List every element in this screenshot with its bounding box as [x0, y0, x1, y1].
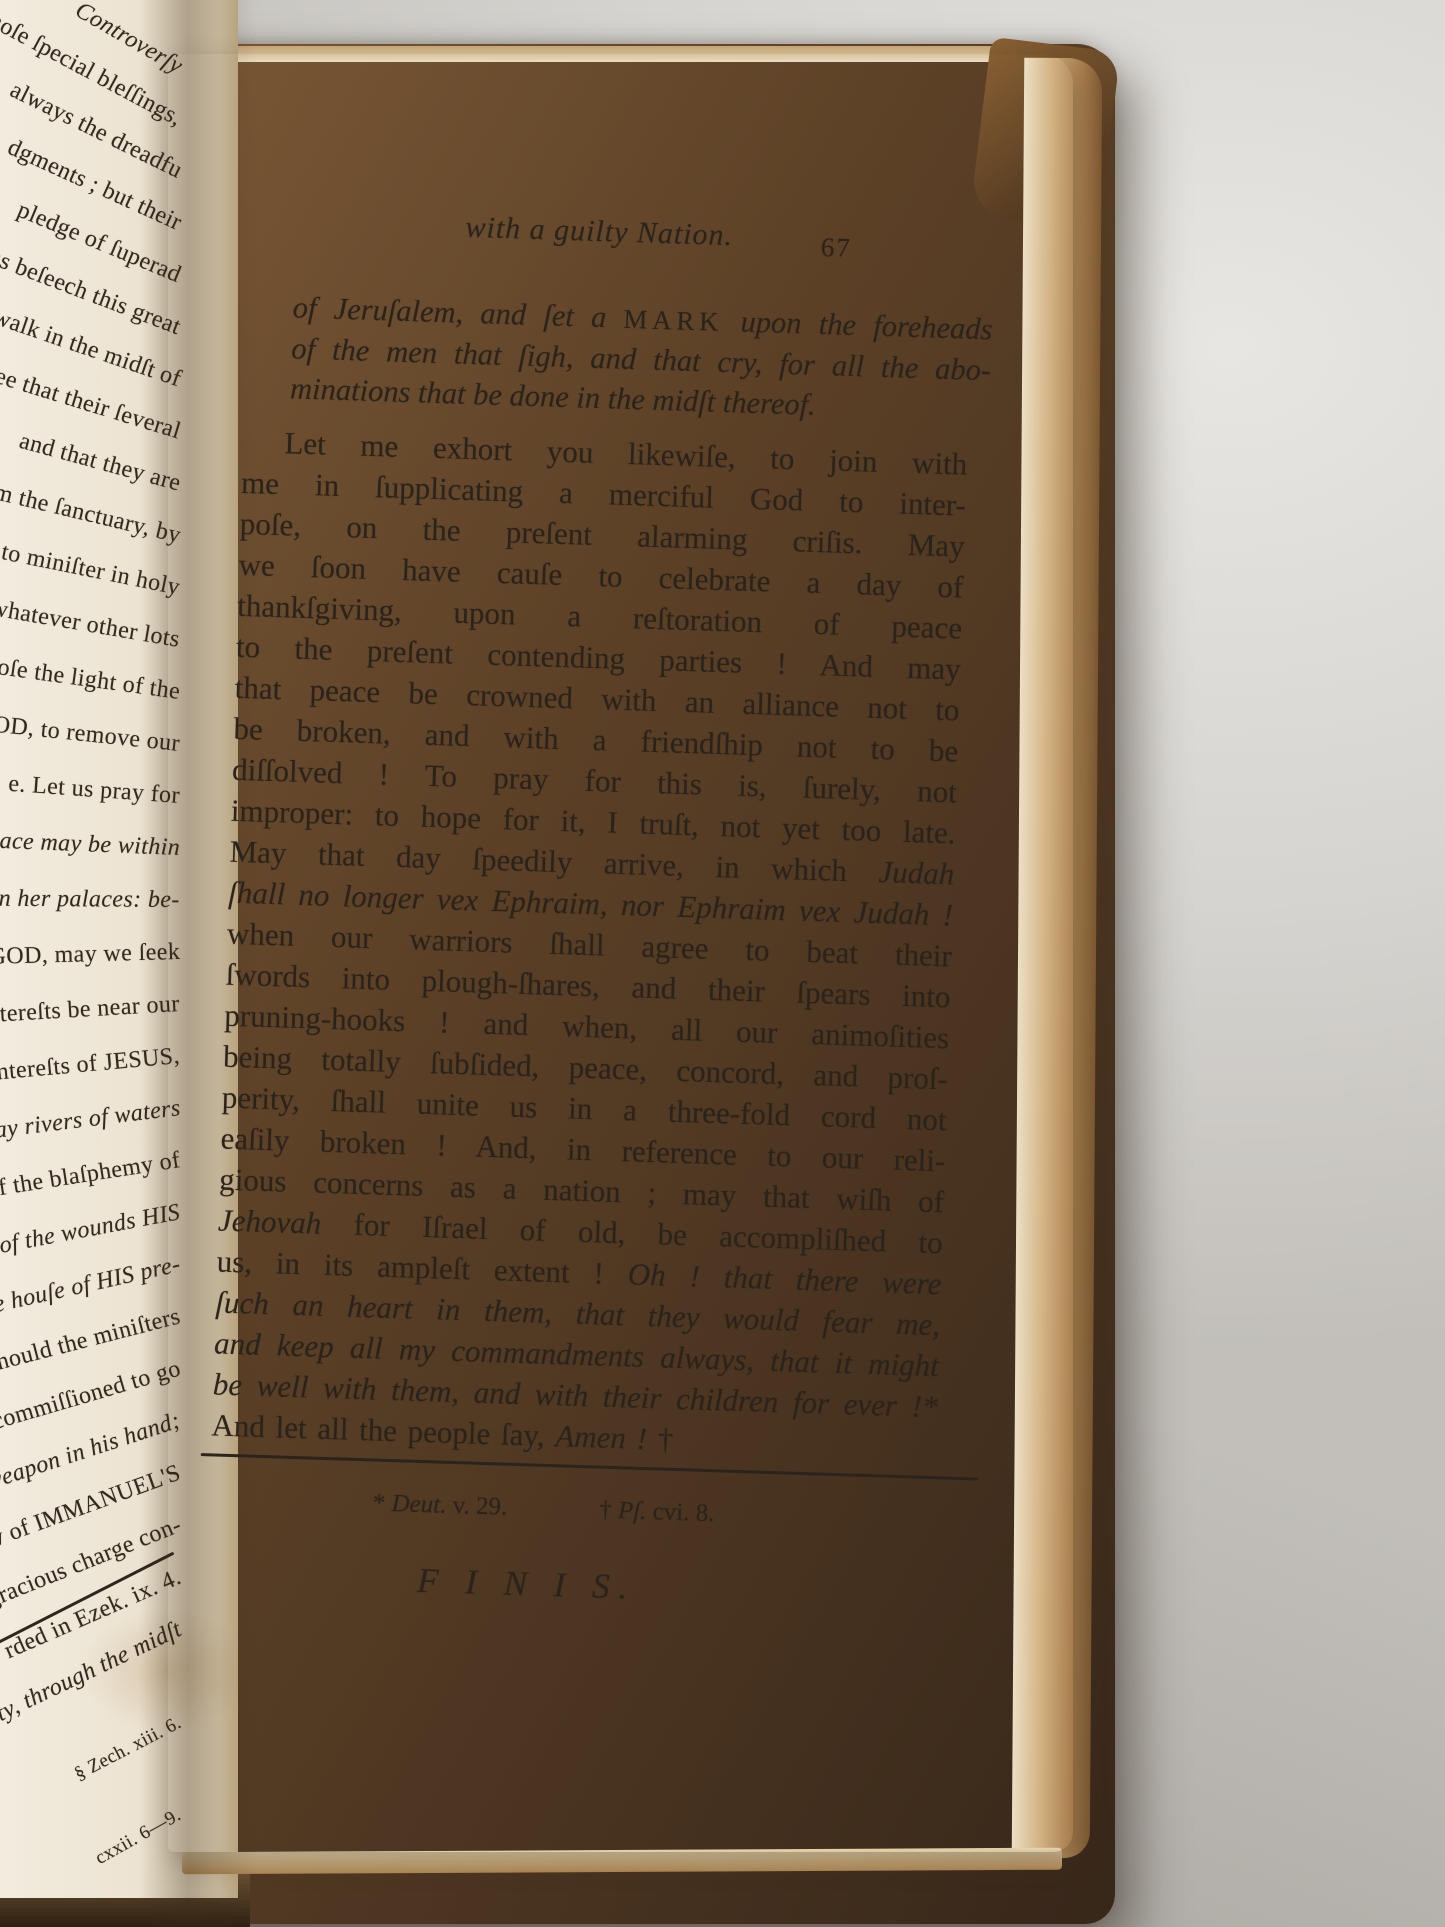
text-segment: MARK [623, 304, 724, 337]
text-segment: cvi. 8. [646, 1498, 715, 1527]
text-segment: And let all the people ſay, [211, 1407, 556, 1453]
left-page-text-fragment: RD GOD, may we ſeek [0, 939, 180, 972]
finis-text: F I N I S. [206, 1554, 847, 1614]
text-segment: † [647, 1421, 674, 1457]
left-page-text-fragment: he intereſts of JESUS, [0, 1043, 181, 1090]
left-page-text-fragment: loſe the light of the [0, 653, 182, 706]
text-segment: Oh ! that there were [627, 1256, 942, 1301]
left-page-text-fragment: intereſts be near our [0, 991, 181, 1029]
text-segment: Jehovah [218, 1203, 322, 1241]
text-segment: v. 29. [446, 1492, 508, 1521]
left-page-text-fragment: ithin her palaces: be- [0, 886, 180, 914]
sermon-body: Let me exhort you likewiſe, to join with… [211, 421, 968, 1468]
footnotes: * Deut. v. 29. † Pſ. cvi. 8. [181, 1483, 907, 1534]
left-page-text-fragment: of the blaſphemy of [0, 1147, 182, 1204]
book-photograph: Controverſyhoſe ſpecial bleſſings,always… [0, 0, 1445, 1927]
printed-text: with a guilty Nation. 67 of Jeruſalem, a… [206, 204, 974, 1617]
page-header: with a guilty Nation. 67 [249, 204, 950, 268]
text-segment: † [599, 1497, 619, 1525]
left-page-text-fragment: e. Let us pray for [8, 771, 181, 810]
text-segment: Amen ! [555, 1418, 648, 1456]
scripture-quote: of Jeruſalem, and ſet a MARK upon the fo… [290, 287, 993, 430]
left-page-text-fragment: peace may be within [0, 827, 181, 862]
left-page-text-fragment: to miniſter in holy [0, 539, 183, 602]
text-segment: of Jeruſalem, and ſet a [292, 290, 624, 334]
left-page-text-fragment: d may rivers of waters [0, 1095, 182, 1149]
right-page: with a guilty Nation. 67 of Jeruſalem, a… [168, 54, 1073, 1852]
text-segment: upon the foreheads [723, 304, 993, 346]
left-page-text-fragment: e of the wounds HIS [0, 1199, 183, 1263]
left-page-text-fragment: whatever other lots [0, 595, 182, 654]
text-segment: Pſ. [618, 1497, 647, 1525]
text-segment: Judah [878, 854, 955, 891]
footnote-deuteronomy: * Deut. v. 29. [372, 1490, 507, 1522]
left-page-text-fragment: GOD, to remove our [0, 710, 181, 758]
page-number: 67 [820, 232, 852, 264]
text-segment: * [372, 1490, 392, 1518]
text-segment: Deut. [391, 1490, 447, 1519]
footnote-psalm: † Pſ. cvi. 8. [599, 1497, 715, 1529]
